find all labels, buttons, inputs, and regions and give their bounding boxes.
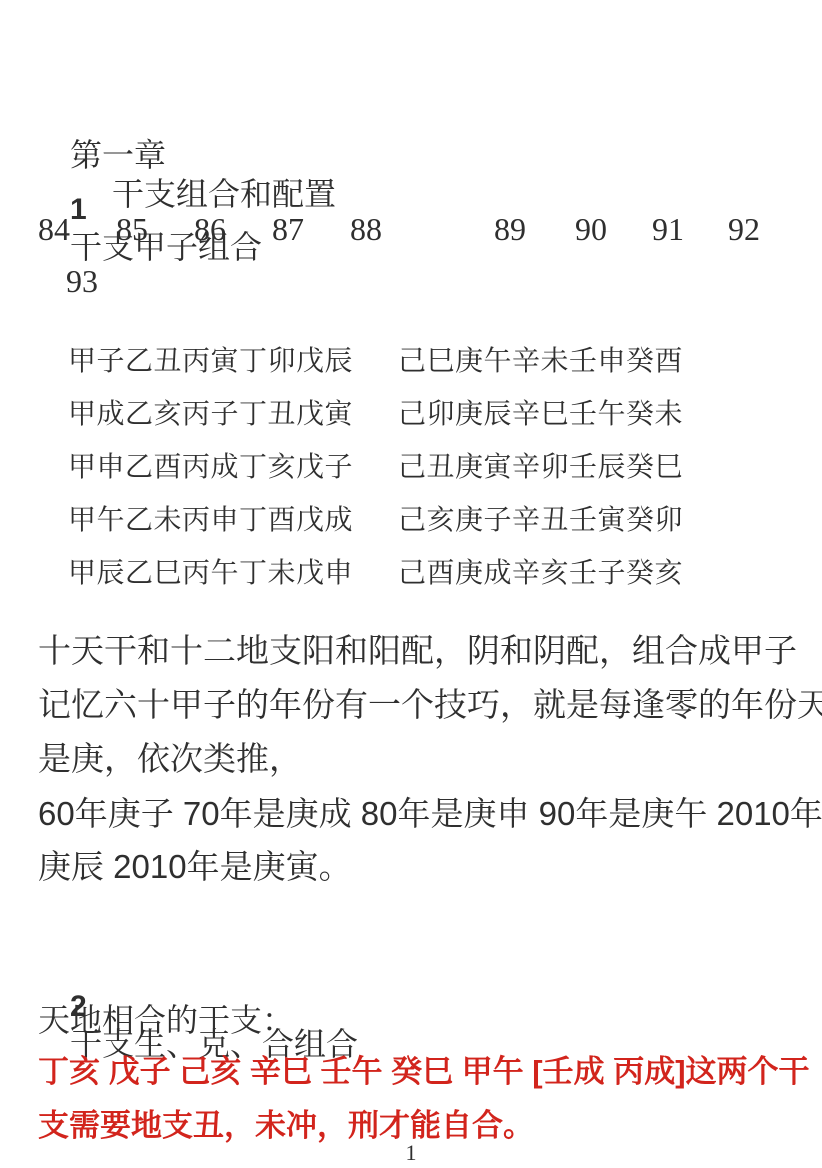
paragraph-line: 庚辰 2010年是庚寅。 <box>38 847 352 887</box>
year-number: 84 <box>38 210 70 248</box>
section2-subtitle: 天地相合的干支： <box>38 1001 294 1039</box>
year-numbers-row-2: 93 <box>0 262 822 296</box>
paragraph-line: 十天干和十二地支阳和阳配，阴和阴配，组合成甲子 <box>38 633 797 673</box>
year-number: 85 <box>116 210 148 248</box>
year-number: 91 <box>652 210 684 248</box>
red-note-line: 丁亥 戊子 己亥 辛巳 壬午 癸巳 甲午 [壬成 丙成]这两个干 <box>38 1053 810 1090</box>
paragraph-line: 60年庚子 70年是庚成 80年是庚申 90年是庚午 2010年是 <box>38 794 822 834</box>
year-number: 89 <box>494 210 526 248</box>
page-number: 1 <box>0 1140 822 1166</box>
year-number: 93 <box>66 262 98 300</box>
year-number: 87 <box>272 210 304 248</box>
year-number: 88 <box>350 210 382 248</box>
red-note-line: 支需要地支丑，未冲，刑才能自合。 <box>38 1107 534 1144</box>
ganzhi-row: 甲辰乙巳丙午丁未戊申己酉庚成辛亥壬子癸亥 <box>38 523 683 624</box>
year-number: 92 <box>728 210 760 248</box>
ganzhi-left: 甲辰乙巳丙午丁未戊申 <box>68 558 353 589</box>
year-number: 86 <box>194 210 226 248</box>
year-number: 90 <box>575 210 607 248</box>
document-page: 第一章 干支组合和配置 1 干支甲子组合 84 85 86 87 88 89 9… <box>0 0 822 1168</box>
paragraph-line: 记忆六十甲子的年份有一个技巧，就是每逢零的年份天干 <box>38 687 822 727</box>
year-numbers-row-1: 84 85 86 87 88 89 90 91 92 <box>0 210 822 244</box>
paragraph-line: 是庚，依次类推， <box>38 741 302 781</box>
ganzhi-right: 己酉庚成辛亥壬子癸亥 <box>398 558 683 589</box>
